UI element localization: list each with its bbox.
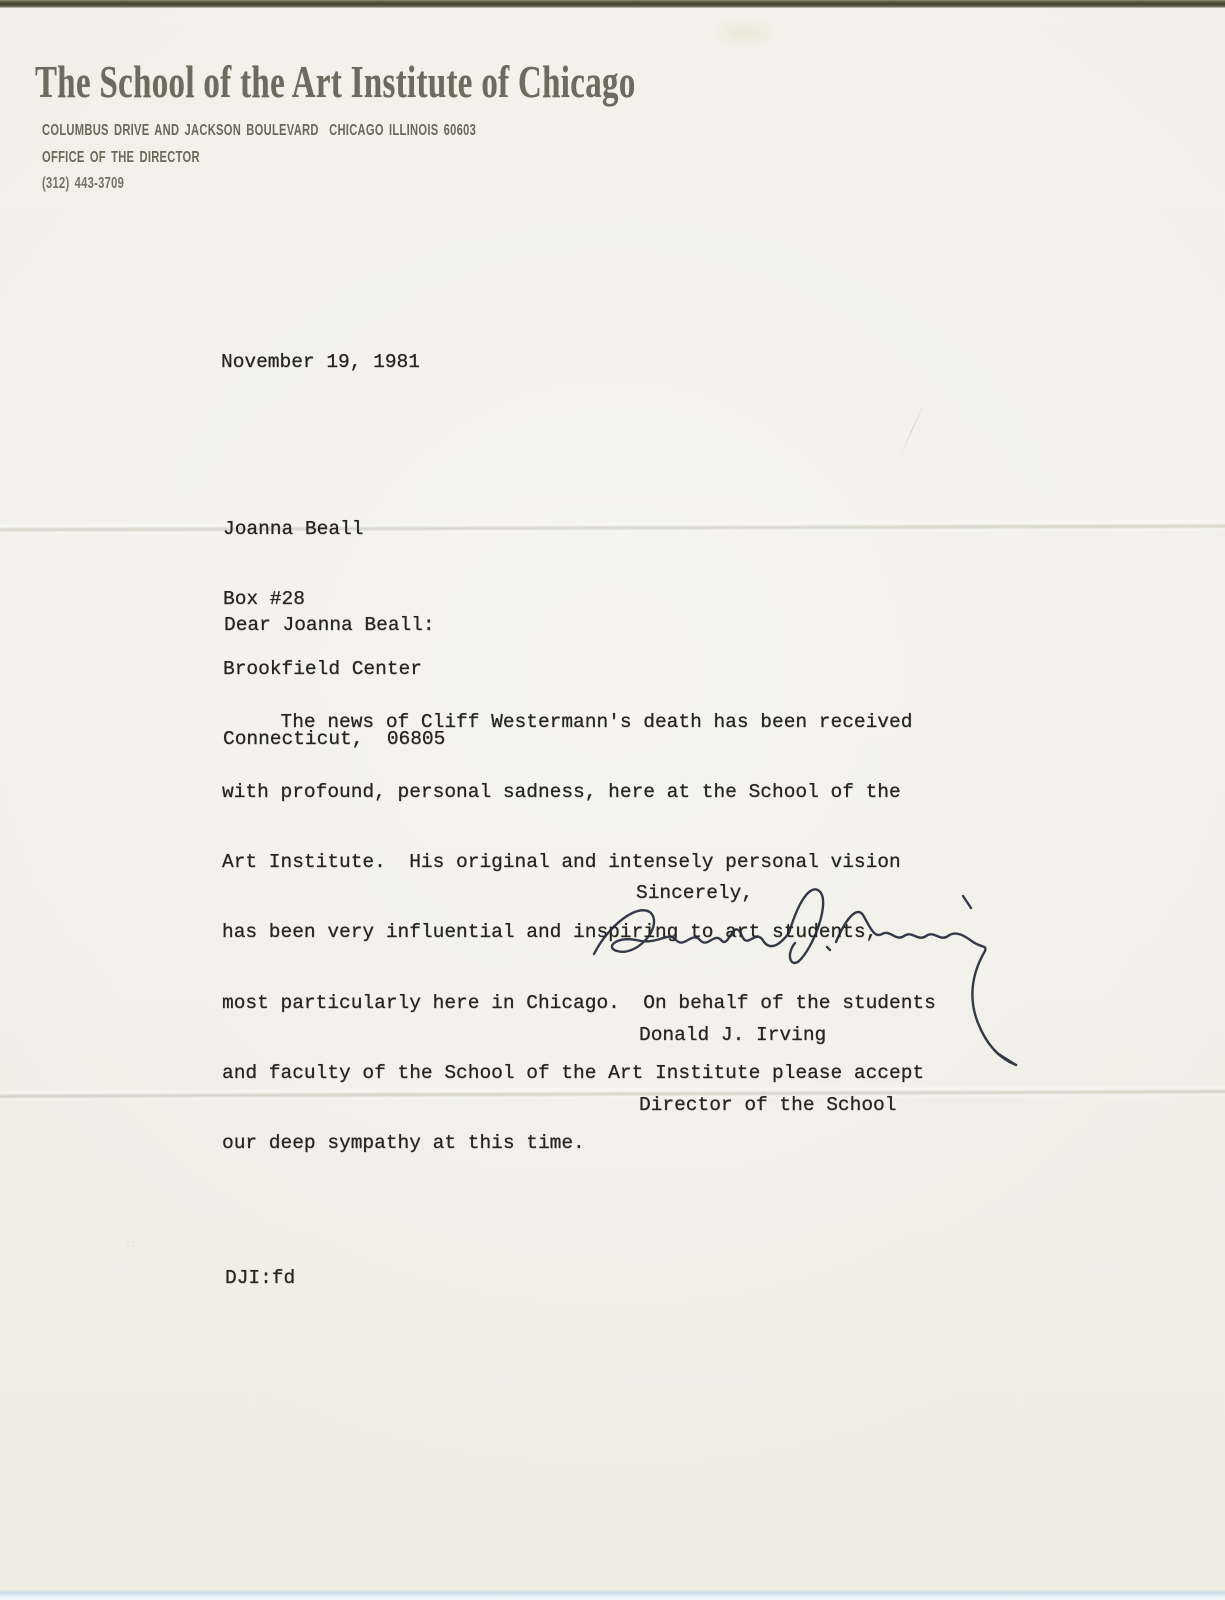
letter-date: November 19, 1981	[221, 351, 420, 374]
body-line: Art Institute. His original and intensel…	[222, 851, 936, 874]
body-line: has been very influential and inspiring …	[222, 921, 936, 944]
fold-crease-upper	[0, 519, 1225, 535]
letterhead-phone: (312) 443-3709	[42, 176, 124, 192]
scanned-letter-page: The School of the Art Institute of Chica…	[0, 0, 1225, 1600]
letterhead-office: OFFICE OF THE DIRECTOR	[42, 150, 200, 166]
scanner-edge-bottom	[0, 1590, 1225, 1600]
recipient-name: Joanna Beall	[223, 518, 445, 541]
recipient-box: Box #28	[223, 588, 445, 611]
body-line: with profound, personal sadness, here at…	[222, 781, 936, 804]
letterhead-address: COLUMBUS DRIVE AND JACKSON BOULEVARD CHI…	[42, 123, 476, 139]
signer-name: Donald J. Irving	[639, 1024, 896, 1047]
pencil-smudge	[126, 1240, 138, 1249]
paper-wrinkle	[899, 400, 925, 457]
signer-title: Director of the School	[639, 1094, 896, 1117]
letterhead-title: The School of the Art Institute of Chica…	[35, 59, 636, 105]
closing-sincerely: Sincerely,	[636, 882, 753, 905]
typist-reference: DJI:fd	[225, 1267, 295, 1290]
body-line: The news of Cliff Westermann's death has…	[222, 711, 936, 734]
paper-stain	[710, 16, 780, 50]
salutation: Dear Joanna Beall:	[224, 614, 435, 637]
scanner-edge-top	[0, 0, 1225, 8]
signature-block: Donald J. Irving Director of the School	[639, 977, 896, 1164]
